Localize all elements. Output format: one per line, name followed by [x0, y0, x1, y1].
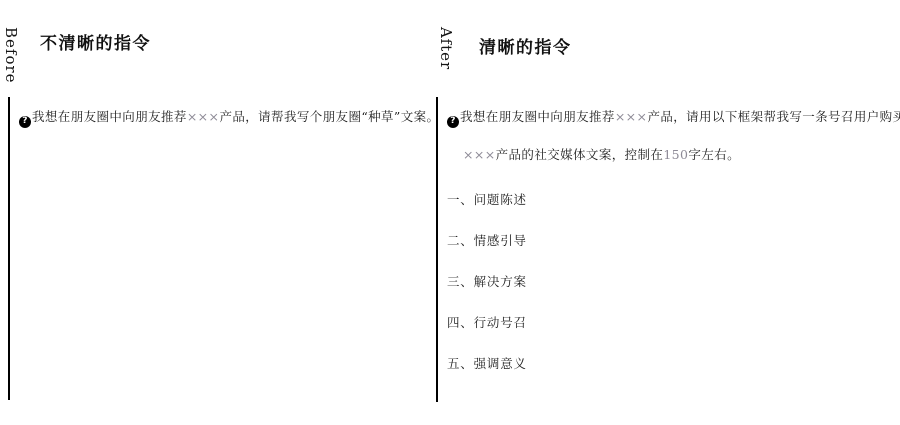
before-prompt-text-pre: 我想在朋友圈中向朋友推荐	[32, 109, 187, 124]
after-side-label: After	[437, 27, 455, 70]
before-side-label: Before	[2, 27, 20, 84]
framework-item: 三、解决方案	[447, 275, 896, 288]
framework-list: 一、问题陈述 二、情感引导 三、解决方案 四、行动号召 五、强调意义	[447, 193, 896, 370]
question-icon: ?	[447, 116, 459, 128]
question-icon-glyph: ?	[22, 117, 28, 126]
after-prompt-box: ?我想在朋友圈中向朋友推荐×××产品，请用以下框架帮我写一条号召用户购买 ×××…	[436, 97, 896, 402]
after-title: 清晰的指令	[479, 33, 572, 58]
before-prompt-line: ?我想在朋友圈中向朋友推荐×××产品，请帮我写个朋友圈“种草”文案。	[19, 110, 422, 128]
product-name-placeholder: ×××	[187, 109, 220, 124]
prompt-comparison-figure: Before 不清晰的指令 ?我想在朋友圈中向朋友推荐×××产品，请帮我写个朋友…	[0, 0, 900, 425]
after-prompt-line-1: ?我想在朋友圈中向朋友推荐×××产品，请用以下框架帮我写一条号召用户购买	[447, 110, 896, 128]
before-title: 不清晰的指令	[40, 29, 151, 54]
word-count-value: 150	[663, 147, 688, 162]
after-prompt-text-pre: 我想在朋友圈中向朋友推荐	[460, 109, 615, 124]
before-prompt-text-post: 产品，请帮我写个朋友圈“种草”文案。	[219, 109, 439, 124]
question-icon: ?	[19, 116, 31, 128]
framework-item: 二、情感引导	[447, 234, 896, 247]
product-name-placeholder: ×××	[463, 147, 496, 162]
framework-item: 一、问题陈述	[447, 193, 896, 206]
after-prompt-text-mid: 产品的社交媒体文案，控制在	[496, 147, 664, 162]
question-icon-glyph: ?	[450, 117, 456, 126]
framework-item: 四、行动号召	[447, 316, 896, 329]
product-name-placeholder: ×××	[615, 109, 648, 124]
before-prompt-box: ?我想在朋友圈中向朋友推荐×××产品，请帮我写个朋友圈“种草”文案。	[8, 97, 422, 400]
framework-item: 五、强调意义	[447, 357, 896, 370]
after-prompt-text-post: 产品，请用以下框架帮我写一条号召用户购买	[647, 109, 900, 124]
after-prompt-line-2: ×××产品的社交媒体文案，控制在150字左右。	[447, 148, 896, 162]
after-prompt-text-end: 字左右。	[688, 147, 740, 162]
